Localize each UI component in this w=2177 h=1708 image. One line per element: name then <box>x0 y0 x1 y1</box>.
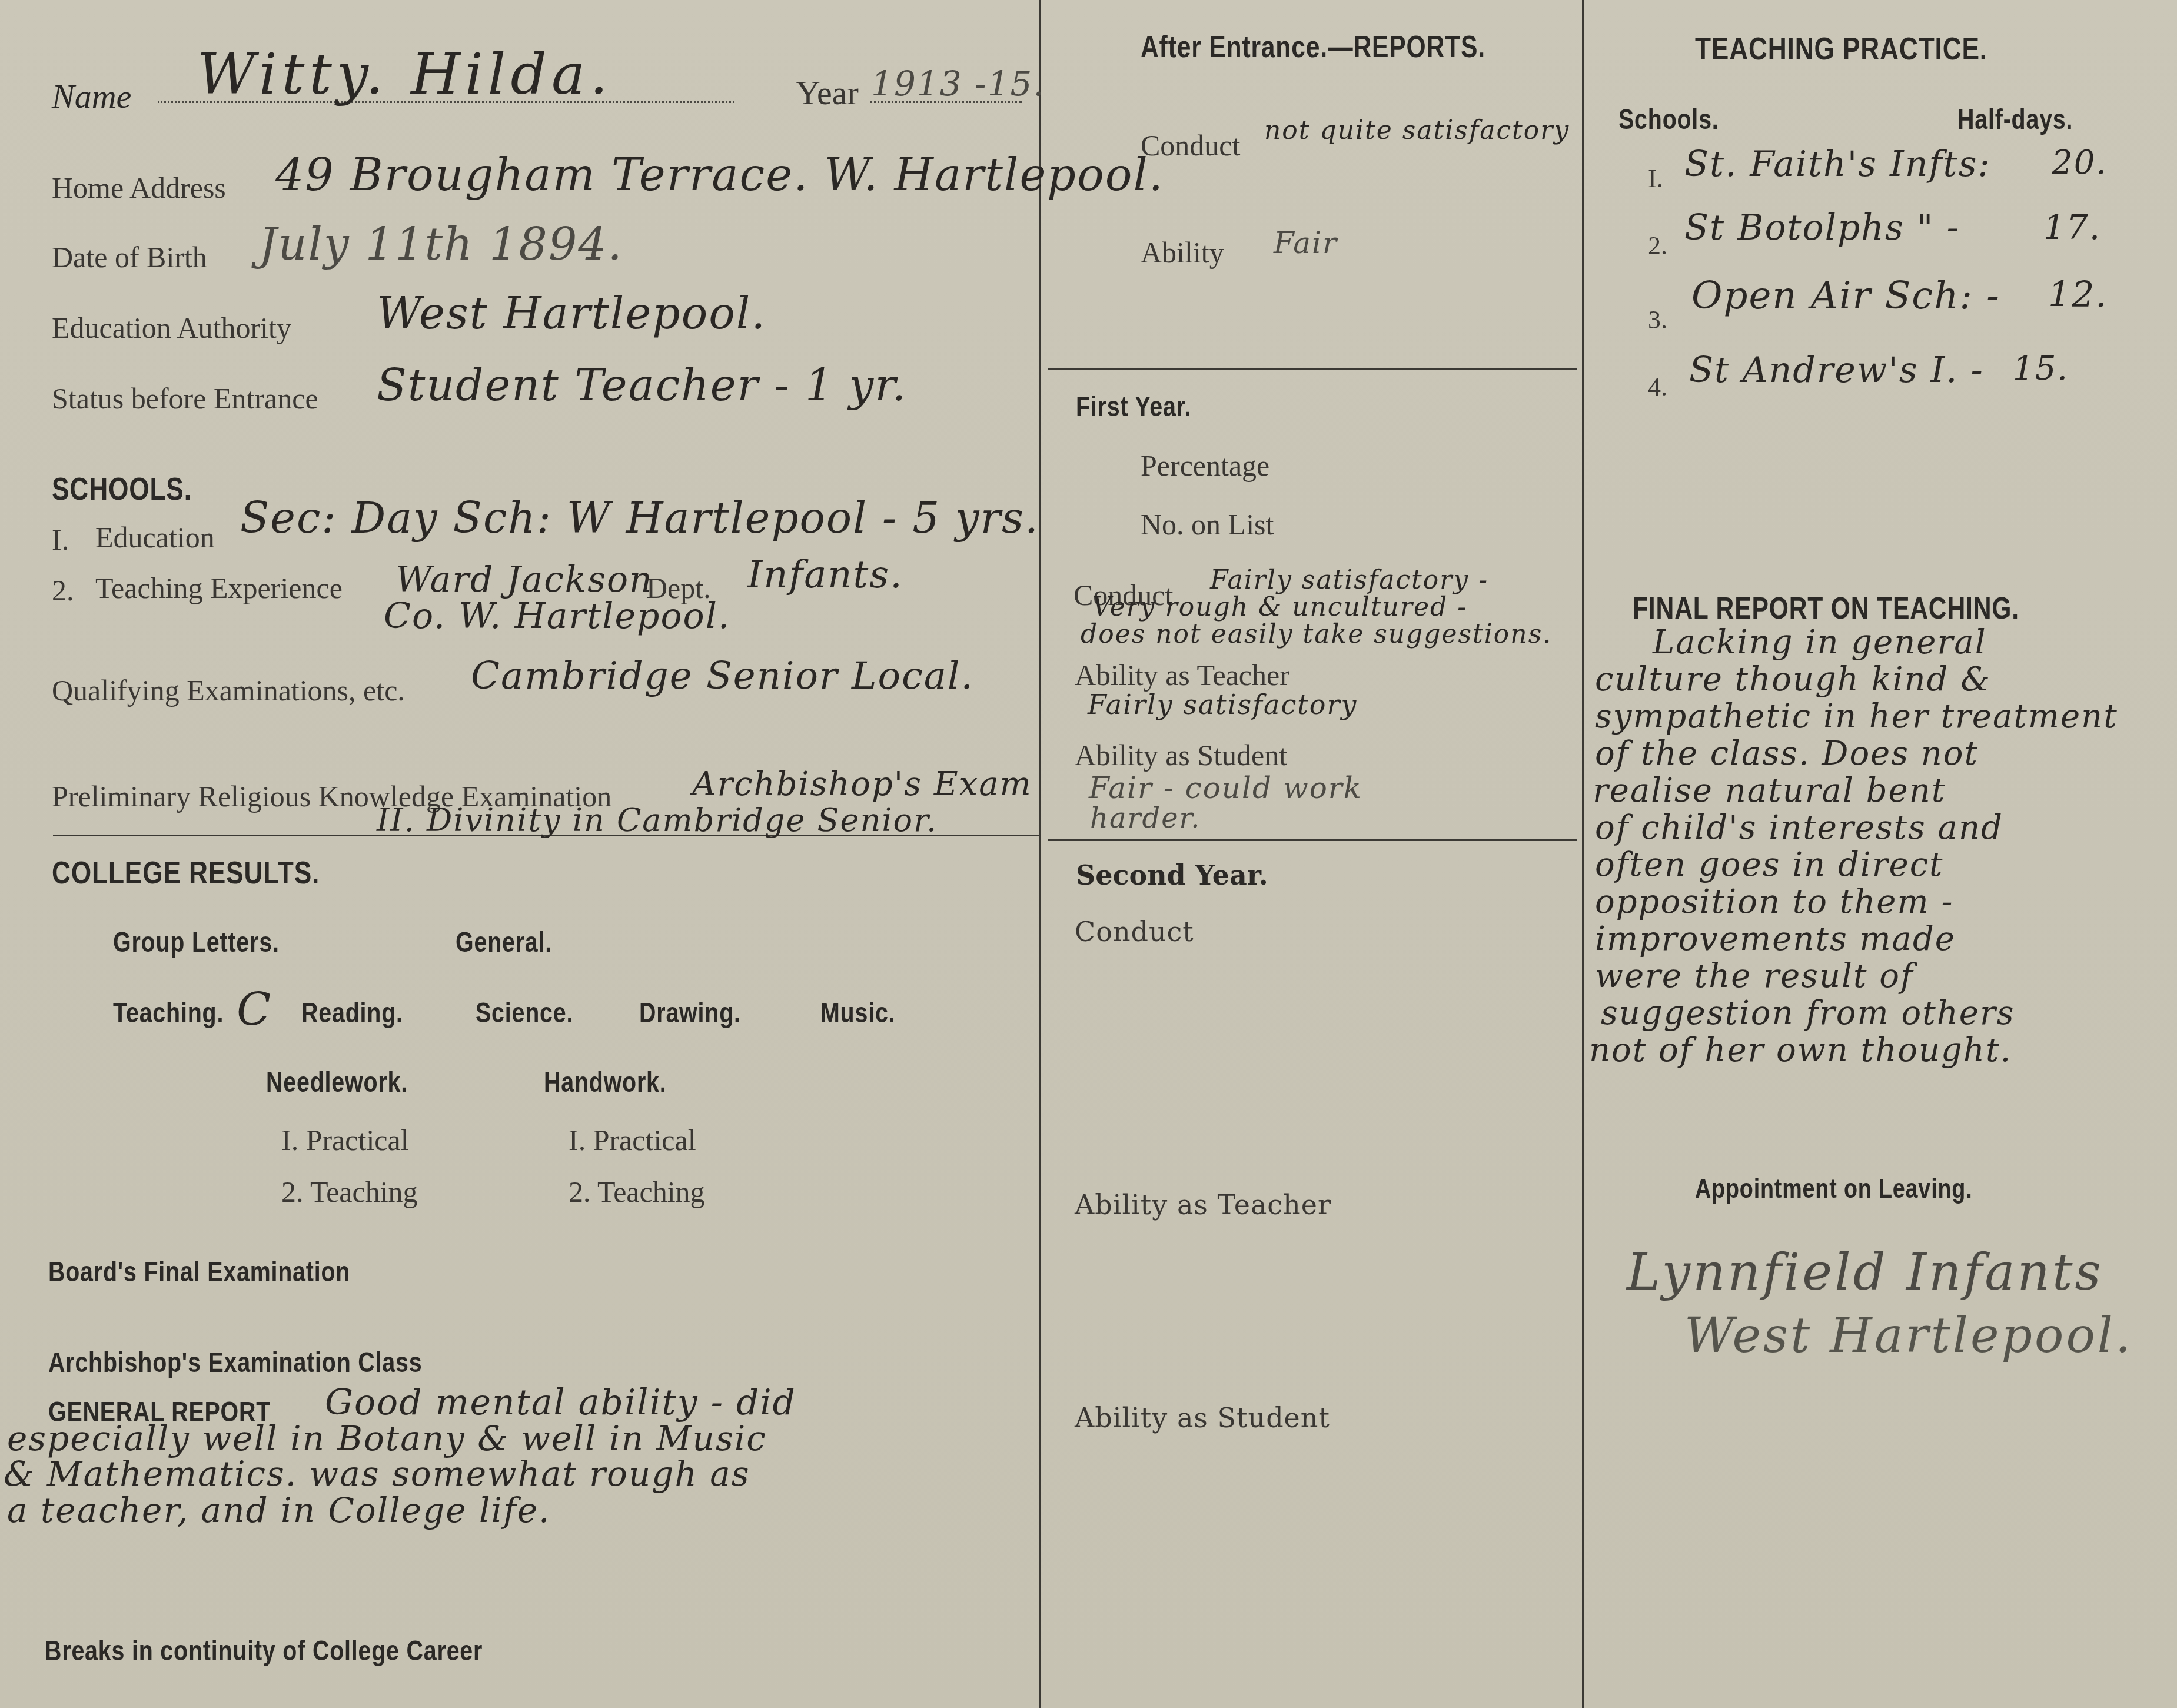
name-label: Name <box>52 77 131 116</box>
teaching-experience-school: Ward Jackson <box>395 559 653 600</box>
year-value: 1913 -15. <box>871 64 1045 104</box>
final-report-line: opposition to them - <box>1589 883 2172 921</box>
general-report-line-4: a teacher, and in College life. <box>7 1490 550 1530</box>
status-value: Student Teacher - 1 yr. <box>377 360 907 411</box>
general-report-line-2: especially well in Botany & well in Musi… <box>7 1418 767 1458</box>
boards-final-exam-label: Board's Final Examination <box>48 1256 350 1288</box>
music-label: Music. <box>820 997 895 1029</box>
first-year-student-label: Ability as Student <box>1075 738 1287 772</box>
final-report-line: often goes in direct <box>1589 846 2172 883</box>
final-report-line: suggestion from others <box>1589 995 2172 1032</box>
tp-row-2-halfdays: 17. <box>2043 207 2101 247</box>
name-value: Witty. Hilda. <box>197 41 613 107</box>
needlework-practical: I. Practical <box>281 1123 409 1157</box>
dob-label: Date of Birth <box>52 240 207 274</box>
teaching-subject-label: Teaching. <box>113 997 224 1029</box>
reports-conduct-value: not quite satisfactory <box>1264 115 1570 145</box>
dob-value: July 11th 1894. <box>259 218 623 270</box>
reading-label: Reading. <box>301 997 403 1029</box>
education-value: Sec: Day Sch: W Hartlepool - 5 yrs. <box>240 493 1039 543</box>
teaching-practice-heading: TEACHING PRACTICE. <box>1695 31 1987 67</box>
tp-row-4-school: St Andrew's I. - <box>1689 350 1984 391</box>
second-year-conduct-label: Conduct <box>1075 916 1194 948</box>
final-report-line: culture though kind & <box>1589 661 2172 698</box>
reports-ability-label: Ability <box>1141 235 1224 270</box>
handwork-teaching: 2. Teaching <box>569 1175 705 1209</box>
final-report-line: were the result of <box>1589 958 2172 995</box>
qualifying-exams-label: Qualifying Examinations, etc. <box>52 673 405 707</box>
column-divider-right <box>1582 0 1584 1708</box>
teaching-experience-location: Co. W. Hartlepool. <box>384 596 730 637</box>
tp-row-1-num: I. <box>1648 164 1663 194</box>
reports-divider-1 <box>1048 368 1577 370</box>
appointment-heading: Appointment on Leaving. <box>1695 1172 1972 1204</box>
appointment-line-1: Lynnfield Infants <box>1627 1243 2103 1302</box>
status-label: Status before Entrance <box>52 381 318 416</box>
teaching-grade: C <box>237 983 272 1035</box>
teaching-experience-dept: Infants. <box>747 553 903 597</box>
year-label: Year <box>796 73 859 112</box>
tp-row-4-halfdays: 15. <box>2013 350 2069 388</box>
tp-row-3-halfdays: 12. <box>2048 274 2108 315</box>
education-label: Education <box>95 520 215 554</box>
teaching-experience-number: 2. <box>52 573 74 607</box>
appointment-line-2: West Hartlepool. <box>1684 1308 2133 1364</box>
final-report-line: Lacking in general <box>1589 624 2172 661</box>
education-authority-value: West Hartlepool. <box>377 288 766 339</box>
first-year-student-line-1: Fair - could work <box>1089 771 1362 805</box>
first-year-teacher-label: Ability as Teacher <box>1075 658 1289 692</box>
college-results-heading: COLLEGE RESULTS. <box>52 855 320 891</box>
education-number: I. <box>52 523 69 557</box>
tp-row-2-num: 2. <box>1648 231 1667 261</box>
general-report-line-1: Good mental ability - did <box>325 1382 796 1423</box>
breaks-in-career-label: Breaks in continuity of College Career <box>45 1635 483 1667</box>
education-authority-label: Education Authority <box>52 311 291 345</box>
general-label: General. <box>456 926 552 959</box>
first-year-conduct-line-3: does not easily take suggestions. <box>1081 619 1552 649</box>
reports-heading: After Entrance.—REPORTS. <box>1141 29 1485 65</box>
first-year-conduct-line-1: Fairly satisfactory - <box>1210 565 1488 595</box>
second-year-student-label: Ability as Student <box>1075 1402 1330 1434</box>
tp-row-2-school: St Botolphs " - <box>1684 207 1960 248</box>
needlework-label: Needlework. <box>266 1066 408 1099</box>
tp-halfdays-column-header: Half-days. <box>1957 104 2073 136</box>
religious-exam-value-2: II. Divinity in Cambridge Senior. <box>377 802 938 839</box>
tp-row-1-halfdays: 20. <box>2052 144 2108 182</box>
reports-ability-value: Fair <box>1274 226 1338 260</box>
science-label: Science. <box>476 997 573 1029</box>
home-address-label: Home Address <box>52 171 226 205</box>
first-year-no-on-list-label: No. on List <box>1141 507 1274 541</box>
first-year-student-line-2: harder. <box>1090 802 1201 835</box>
schools-heading: SCHOOLS. <box>52 471 192 507</box>
second-year-teacher-label: Ability as Teacher <box>1075 1189 1331 1221</box>
religious-exam-value-1: Archbishop's Exam <box>692 765 1032 803</box>
tp-row-3-num: 3. <box>1648 305 1667 335</box>
final-report-line: realise natural bent <box>1589 772 2172 809</box>
tp-schools-column-header: Schools. <box>1618 104 1719 136</box>
handwork-practical: I. Practical <box>569 1123 696 1157</box>
first-year-percentage-label: Percentage <box>1141 448 1269 483</box>
final-report-line: of the class. Does not <box>1589 735 2172 772</box>
qualifying-exams-value: Cambridge Senior Local. <box>471 654 974 698</box>
general-report-line-3: & Mathematics. was somewhat rough as <box>4 1454 750 1494</box>
first-year-heading: First Year. <box>1076 391 1191 423</box>
needlework-teaching: 2. Teaching <box>281 1175 418 1209</box>
group-letters-label: Group Letters. <box>113 926 280 959</box>
reports-conduct-label: Conduct <box>1141 128 1240 162</box>
column-divider-left <box>1039 0 1041 1708</box>
archbishops-exam-class-label: Archbishop's Examination Class <box>48 1347 422 1379</box>
final-report-body: Lacking in general culture though kind &… <box>1589 624 2172 1069</box>
drawing-label: Drawing. <box>639 997 741 1029</box>
tp-row-1-school: St. Faith's Infts: <box>1684 144 1991 185</box>
handwork-label: Handwork. <box>544 1066 667 1099</box>
teaching-experience-label: Teaching Experience <box>95 571 343 605</box>
final-report-line: not of her own thought. <box>1589 1032 2172 1069</box>
final-report-heading: FINAL REPORT ON TEACHING. <box>1633 591 2019 626</box>
student-record-card: Name Witty. Hilda. Year 1913 -15. Home A… <box>0 0 2177 1708</box>
tp-row-3-school: Open Air Sch: - <box>1691 274 2000 318</box>
final-report-line: of child's interests and <box>1589 809 2172 846</box>
home-address-value: 49 Brougham Terrace. W. Hartlepool. <box>275 148 1164 201</box>
final-report-line: sympathetic in her treatment <box>1589 698 2172 735</box>
second-year-heading: Second Year. <box>1076 859 1268 891</box>
tp-row-4-num: 4. <box>1648 372 1667 402</box>
final-report-line: improvements made <box>1589 921 2172 958</box>
first-year-teacher-value: Fairly satisfactory <box>1088 689 1357 720</box>
reports-divider-2 <box>1048 839 1577 841</box>
first-year-conduct-line-2: Very rough & uncultured - <box>1092 592 1467 622</box>
